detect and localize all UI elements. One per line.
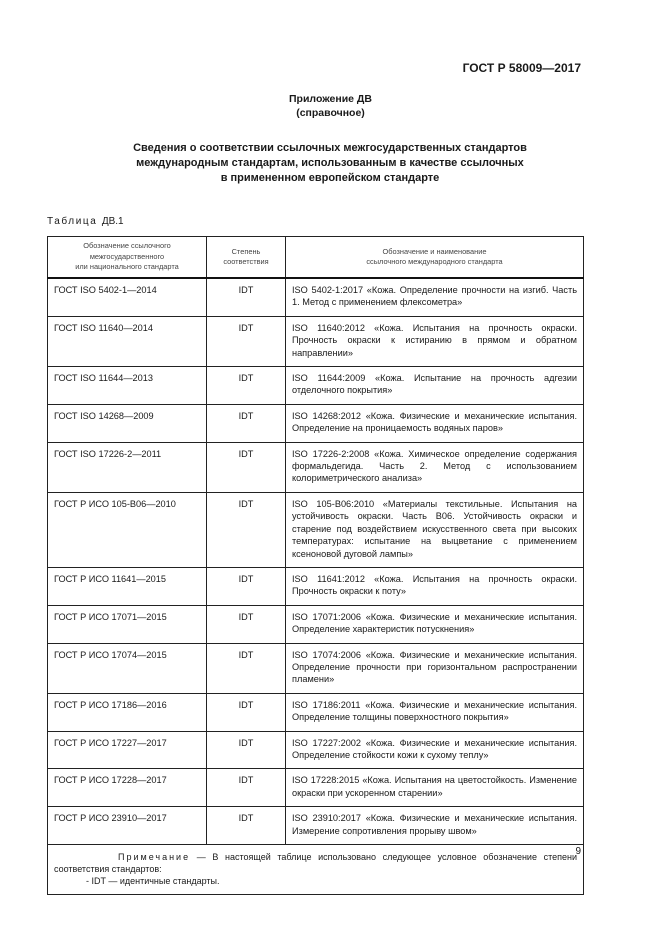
- cell-standard: ГОСТ Р ИСО 17228—2017: [48, 769, 207, 807]
- header-line: Степень: [211, 247, 281, 258]
- cell-degree: IDT: [207, 278, 286, 316]
- cell-degree: IDT: [207, 693, 286, 731]
- cell-degree: IDT: [207, 643, 286, 693]
- section-title-line: Сведения о соответствии ссылочных межгос…: [60, 141, 600, 156]
- cell-international: ISO 17226-2:2008 «Кожа. Химическое опред…: [286, 442, 584, 492]
- table-row: ГОСТ ISO 5402-1—2014IDTISO 5402-1:2017 «…: [48, 278, 584, 316]
- cell-international: ISO 11641:2012 «Кожа. Испытания на прочн…: [286, 567, 584, 605]
- table-row: ГОСТ Р ИСО 105-B06—2010IDTISO 105-B06:20…: [48, 492, 584, 567]
- cell-standard: ГОСТ Р ИСО 17074—2015: [48, 643, 207, 693]
- page-number: 9: [575, 846, 581, 857]
- cell-standard: ГОСТ Р ИСО 17186—2016: [48, 693, 207, 731]
- cell-degree: IDT: [207, 605, 286, 643]
- table-header-row: Обозначение ссылочного межгосударственно…: [48, 237, 584, 279]
- cell-international: ISO 17186:2011 «Кожа. Физические и механ…: [286, 693, 584, 731]
- correspondence-table: Обозначение ссылочного межгосударственно…: [47, 236, 584, 895]
- cell-degree: IDT: [207, 442, 286, 492]
- cell-international: ISO 23910:2017 «Кожа. Физические и механ…: [286, 807, 584, 845]
- cell-international: ISO 11644:2009 «Кожа. Испытание на прочн…: [286, 367, 584, 405]
- cell-international: ISO 105-B06:2010 «Материалы текстильные.…: [286, 492, 584, 567]
- section-title-line: в примененном европейском стандарте: [60, 171, 600, 186]
- table-row: ГОСТ ISO 14268—2009IDTISO 14268:2012 «Ко…: [48, 404, 584, 442]
- column-header-international: Обозначение и наименование ссылочного ме…: [286, 237, 584, 279]
- annex-title: Приложение ДВ: [0, 92, 661, 106]
- cell-degree: IDT: [207, 404, 286, 442]
- table-row: ГОСТ ISO 11640—2014IDTISO 11640:2012 «Ко…: [48, 316, 584, 366]
- cell-standard: ГОСТ ISO 11644—2013: [48, 367, 207, 405]
- cell-standard: ГОСТ Р ИСО 17227—2017: [48, 731, 207, 769]
- header-line: или национального стандарта: [52, 262, 202, 273]
- header-line: соответствия: [211, 257, 281, 268]
- table-row: ГОСТ Р ИСО 17228—2017IDTISO 17228:2015 «…: [48, 769, 584, 807]
- table-row: ГОСТ Р ИСО 23910—2017IDTISO 23910:2017 «…: [48, 807, 584, 845]
- note-item: - IDT — идентичные стандарты.: [54, 875, 577, 887]
- table-row: ГОСТ Р ИСО 17186—2016IDTISO 17186:2011 «…: [48, 693, 584, 731]
- header-line: ссылочного международного стандарта: [290, 257, 579, 268]
- cell-international: ISO 17228:2015 «Кожа. Испытания на цвето…: [286, 769, 584, 807]
- table-row: ГОСТ Р ИСО 17227—2017IDTISO 17227:2002 «…: [48, 731, 584, 769]
- table-caption: Таблица ДВ.1: [47, 216, 124, 227]
- table-note: Примечание — В настоящей таблице использ…: [48, 845, 584, 895]
- header-line: Обозначение и наименование: [290, 247, 579, 258]
- section-title: Сведения о соответствии ссылочных межгос…: [60, 141, 600, 186]
- cell-standard: ГОСТ Р ИСО 23910—2017: [48, 807, 207, 845]
- cell-international: ISO 11640:2012 «Кожа. Испытания на прочн…: [286, 316, 584, 366]
- header-line: Обозначение ссылочного: [52, 241, 202, 252]
- cell-degree: IDT: [207, 316, 286, 366]
- note-lead: Примечание — В настоящей таблице использ…: [54, 852, 577, 874]
- cell-standard: ГОСТ Р ИСО 11641—2015: [48, 567, 207, 605]
- cell-standard: ГОСТ Р ИСО 105-B06—2010: [48, 492, 207, 567]
- document-code: ГОСТ Р 58009—2017: [463, 61, 581, 75]
- cell-degree: IDT: [207, 807, 286, 845]
- annex-subtitle: (справочное): [0, 106, 661, 120]
- table-row: ГОСТ ISO 17226-2—2011IDTISO 17226-2:2008…: [48, 442, 584, 492]
- cell-international: ISO 14268:2012 «Кожа. Физические и механ…: [286, 404, 584, 442]
- cell-international: ISO 17074:2006 «Кожа. Физические и механ…: [286, 643, 584, 693]
- cell-standard: ГОСТ ISO 5402-1—2014: [48, 278, 207, 316]
- table-row: ГОСТ ISO 11644—2013IDTISO 11644:2009 «Ко…: [48, 367, 584, 405]
- cell-standard: ГОСТ ISO 17226-2—2011: [48, 442, 207, 492]
- column-header-degree: Степень соответствия: [207, 237, 286, 279]
- annex-heading: Приложение ДВ (справочное): [0, 92, 661, 120]
- cell-international: ISO 5402-1:2017 «Кожа. Определение прочн…: [286, 278, 584, 316]
- header-line: межгосударственного: [52, 252, 202, 263]
- cell-standard: ГОСТ ISO 14268—2009: [48, 404, 207, 442]
- table-caption-label: Таблица: [47, 216, 97, 227]
- table-caption-number: ДВ.1: [102, 216, 124, 227]
- cell-degree: IDT: [207, 492, 286, 567]
- table-body: ГОСТ ISO 5402-1—2014IDTISO 5402-1:2017 «…: [48, 278, 584, 845]
- cell-standard: ГОСТ Р ИСО 17071—2015: [48, 605, 207, 643]
- cell-standard: ГОСТ ISO 11640—2014: [48, 316, 207, 366]
- table-row: ГОСТ Р ИСО 11641—2015IDTISO 11641:2012 «…: [48, 567, 584, 605]
- section-title-line: международным стандартам, использованным…: [60, 156, 600, 171]
- table-row: ГОСТ Р ИСО 17074—2015IDTISO 17074:2006 «…: [48, 643, 584, 693]
- cell-international: ISO 17071:2006 «Кожа. Физические и механ…: [286, 605, 584, 643]
- note-label: Примечание: [118, 852, 190, 862]
- table-note-row: Примечание — В настоящей таблице использ…: [48, 845, 584, 895]
- cell-degree: IDT: [207, 731, 286, 769]
- cell-degree: IDT: [207, 769, 286, 807]
- cell-degree: IDT: [207, 567, 286, 605]
- table-row: ГОСТ Р ИСО 17071—2015IDTISO 17071:2006 «…: [48, 605, 584, 643]
- column-header-standard: Обозначение ссылочного межгосударственно…: [48, 237, 207, 279]
- cell-degree: IDT: [207, 367, 286, 405]
- cell-international: ISO 17227:2002 «Кожа. Физические и механ…: [286, 731, 584, 769]
